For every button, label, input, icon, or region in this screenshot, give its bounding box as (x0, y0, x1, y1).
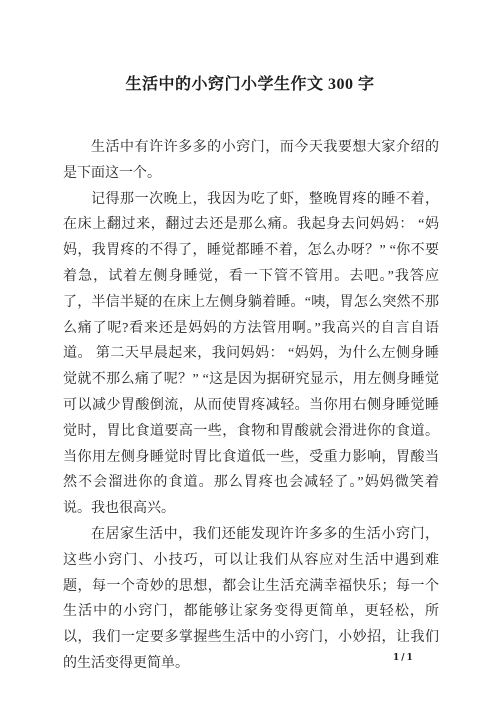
paragraph-intro: 生活中有许许多多的小窍门，而今天我要想大家介绍的是下面这一个。 (63, 135, 439, 187)
paragraph-story: 记得那一次晚上，我因为吃了虾，整晚胃疼的睡不着，在床上翻过来，翻过去还是那么痛。… (63, 187, 439, 522)
document-body: 生活中有许许多多的小窍门，而今天我要想大家介绍的是下面这一个。 记得那一次晚上，… (63, 135, 439, 677)
document-title: 生活中的小窍门小学生作文 300 字 (0, 71, 500, 94)
page-number-indicator: 1/1 (393, 653, 415, 663)
document-page: 生活中的小窍门小学生作文 300 字 生活中有许许多多的小窍门，而今天我要想大家… (0, 0, 500, 707)
paragraph-conclusion: 在居家生活中，我们还能发现许许多多的生活小窍门，这些小窍门、小技巧，可以让我们从… (63, 522, 439, 677)
